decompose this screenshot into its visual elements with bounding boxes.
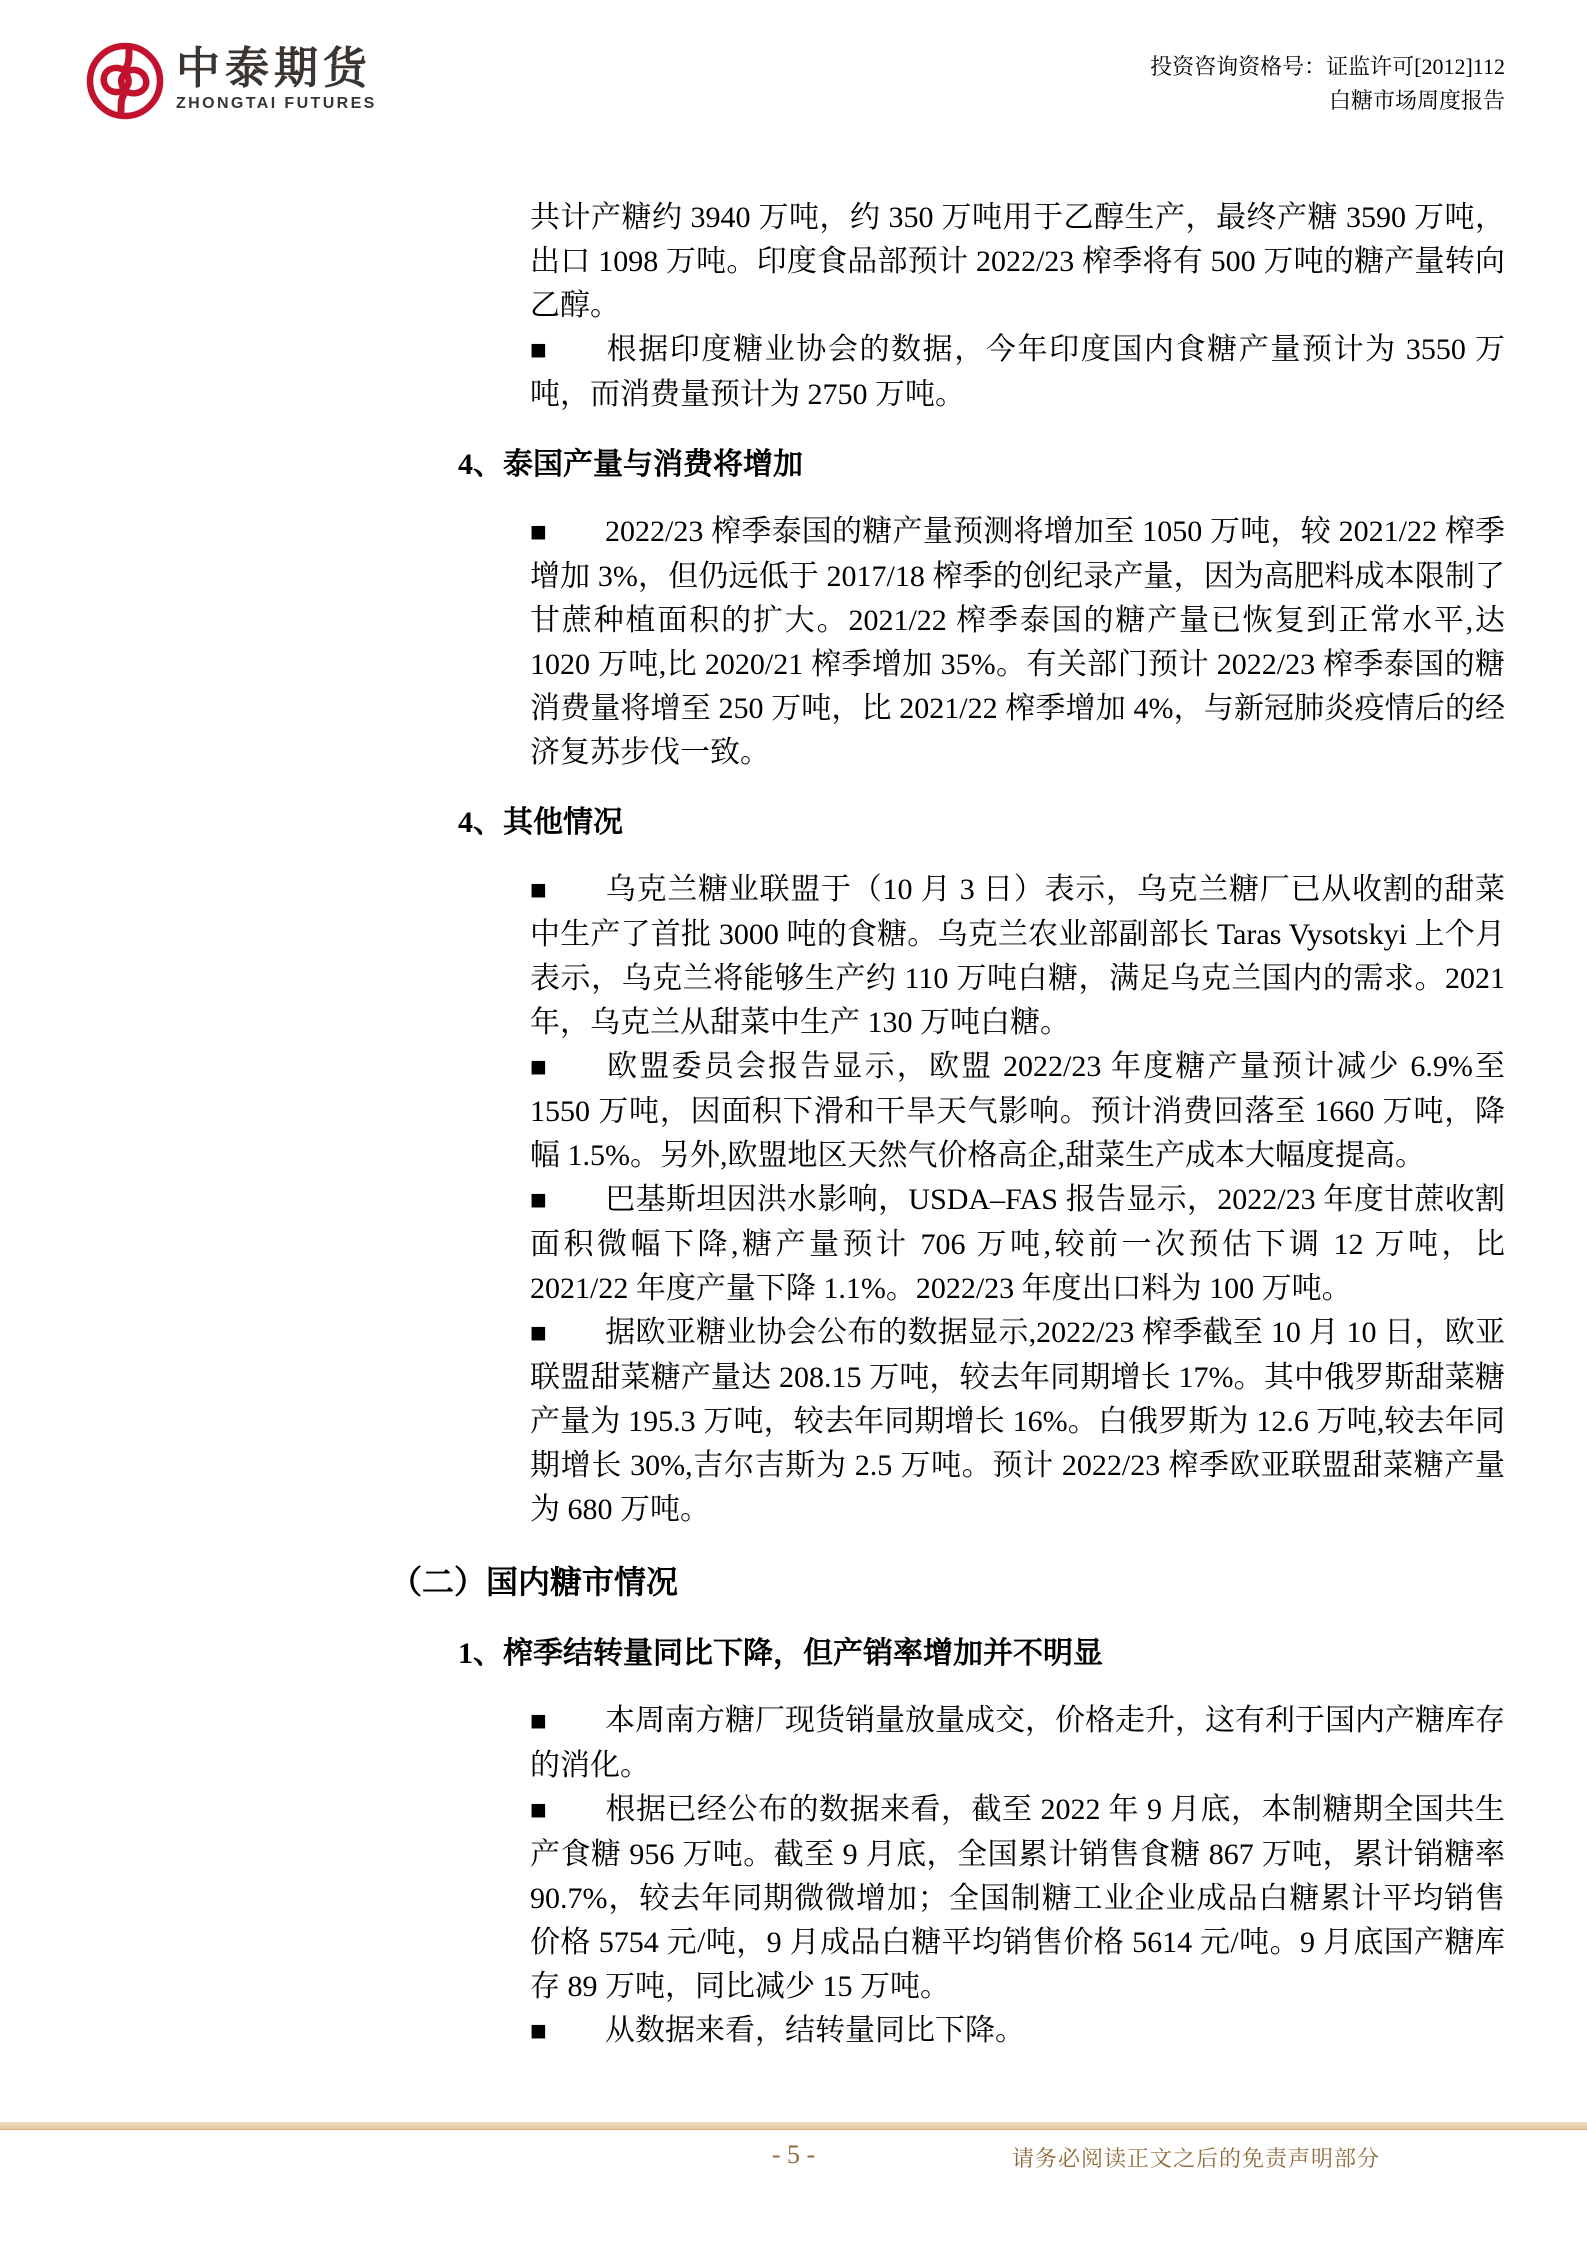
brand-text: 中泰期货 ZHONGTAI FUTURES (176, 40, 377, 114)
brand-block: 中泰期货 ZHONGTAI FUTURES (84, 40, 377, 122)
paragraph-text: 本周南方糖厂现货销量放量成交，价格走升，这有利于国内产糖库存的消化。 (530, 1704, 1505, 1782)
bullet-square-icon: ■ (530, 1700, 605, 1744)
bullet-square-icon: ■ (530, 511, 605, 555)
report-page: 中泰期货 ZHONGTAI FUTURES 投资咨询资格号：证监许可[2012]… (0, 0, 1587, 2245)
brand-name-cn: 中泰期货 (176, 46, 377, 92)
heading-thailand: 4、泰国产量与消费将增加 (458, 443, 1505, 487)
bullet-carryover-conclusion: ■从数据来看，结转量同比下降。 (530, 2009, 1505, 2054)
bullet-pakistan: ■巴基斯坦因洪水影响，USDA–FAS 报告显示，2022/23 年度甘蔗收割面… (530, 1178, 1505, 1311)
bullet-eurasia: ■据欧亚糖业协会公布的数据显示,2022/23 榨季截至 10 月 10 日，欧… (530, 1311, 1505, 1532)
bullet-southern-mills: ■本周南方糖厂现货销量放量成交，价格走升，这有利于国内产糖库存的消化。 (530, 1699, 1505, 1788)
paragraph-text: 共计产糖约 3940 万吨，约 350 万吨用于乙醇生产，最终产糖 3590 万… (530, 201, 1505, 322)
bullet-india-production: ■根据印度糖业协会的数据，今年印度国内食糖产量预计为 3550 万吨，而消费量预… (530, 328, 1505, 417)
bullet-square-icon: ■ (530, 1046, 605, 1090)
paragraph-text: 根据已经公布的数据来看，截至 2022 年 9 月底，本制糖期全国共生产食糖 9… (530, 1793, 1505, 2003)
paragraph-text: 欧盟委员会报告显示，欧盟 2022/23 年度糖产量预计减少 6.9%至 155… (530, 1050, 1505, 1172)
qualification-number: 投资咨询资格号：证监许可[2012]112 (1150, 50, 1505, 84)
footer-disclaimer: 请务必阅读正文之后的免责声明部分 (1012, 2142, 1380, 2173)
heading-others: 4、其他情况 (458, 801, 1505, 845)
header-right: 投资咨询资格号：证监许可[2012]112 白糖市场周度报告 (1150, 50, 1505, 118)
bullet-square-icon: ■ (530, 329, 605, 373)
bullet-square-icon: ■ (530, 1789, 605, 1833)
paragraph-text: 据欧亚糖业协会公布的数据显示,2022/23 榨季截至 10 月 10 日，欧亚… (530, 1316, 1505, 1526)
bullet-ukraine: ■乌克兰糖业联盟于（10 月 3 日）表示，乌克兰糖厂已从收割的甜菜中生产了首批… (530, 868, 1505, 1045)
bullet-square-icon: ■ (530, 1312, 605, 1356)
para-india-carryover: 共计产糖约 3940 万吨，约 350 万吨用于乙醇生产，最终产糖 3590 万… (530, 196, 1505, 328)
paragraph-text: 巴基斯坦因洪水影响，USDA–FAS 报告显示，2022/23 年度甘蔗收割面积… (530, 1183, 1505, 1305)
paragraph-text: 2022/23 榨季泰国的糖产量预测将增加至 1050 万吨，较 2021/22… (530, 515, 1505, 769)
brand-name-en: ZHONGTAI FUTURES (176, 94, 377, 114)
bullet-eu: ■欧盟委员会报告显示，欧盟 2022/23 年度糖产量预计减少 6.9%至 15… (530, 1045, 1505, 1178)
paragraph-text: 从数据来看，结转量同比下降。 (605, 2014, 1025, 2047)
heading-domestic-market: （二）国内糖市情况 (390, 1558, 1505, 1606)
bullet-square-icon: ■ (530, 1179, 605, 1223)
bullet-square-icon: ■ (530, 2010, 605, 2054)
bullet-square-icon: ■ (530, 869, 605, 913)
bullet-thailand: ■2022/23 榨季泰国的糖产量预测将增加至 1050 万吨，较 2021/2… (530, 510, 1505, 775)
report-title: 白糖市场周度报告 (1150, 84, 1505, 118)
paragraph-text: 根据印度糖业协会的数据，今年印度国内食糖产量预计为 3550 万吨，而消费量预计… (530, 333, 1505, 411)
report-body: 共计产糖约 3940 万吨，约 350 万吨用于乙醇生产，最终产糖 3590 万… (530, 196, 1505, 2054)
footer-rule (0, 2122, 1587, 2130)
bullet-national-data: ■根据已经公布的数据来看，截至 2022 年 9 月底，本制糖期全国共生产食糖 … (530, 1788, 1505, 2009)
heading-crush-season: 1、榨季结转量同比下降，但产销率增加并不明显 (458, 1632, 1505, 1676)
paragraph-text: 乌克兰糖业联盟于（10 月 3 日）表示，乌克兰糖厂已从收割的甜菜中生产了首批 … (530, 873, 1505, 1039)
zhongtai-logo-icon (84, 40, 166, 122)
